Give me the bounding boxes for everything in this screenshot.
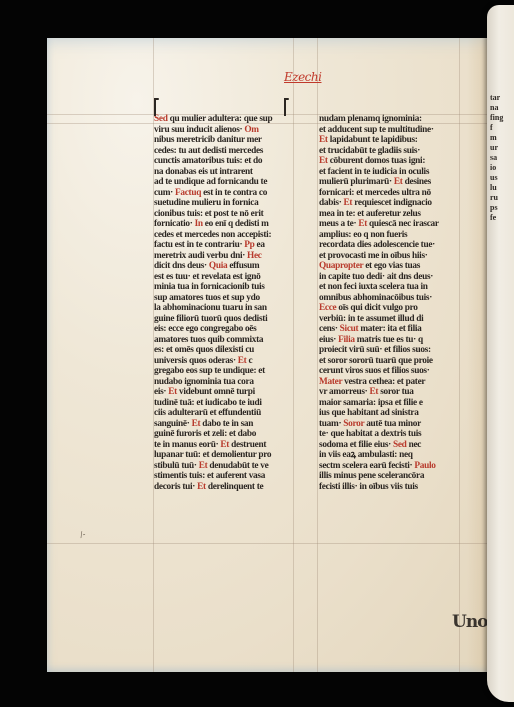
text-line: guinē furoris et zeli: et dabo — [154, 429, 292, 440]
text-line: stibulū tuū· Et denudabūt te ve — [154, 461, 292, 472]
text-line: et trucidabūt te gladiis suis· — [319, 146, 457, 157]
text-line: universis quos oderas· Et c — [154, 356, 292, 367]
text-fragment: lu — [490, 183, 514, 193]
text-line: et soror sororū tuarū que proie — [319, 356, 457, 367]
text-line: ius que habitant ad sinistra — [319, 408, 457, 419]
text-fragment: fing — [490, 113, 514, 123]
text-fragment: m — [490, 133, 514, 143]
text-line: vr amorreus· Et soror tua — [319, 387, 457, 398]
text-line: gregabo eos sup te undique: et — [154, 366, 292, 377]
text-line: cedes: tu aut dedisti mercedes — [154, 146, 292, 157]
text-line: et non feci iuxta scelera tua in — [319, 282, 457, 293]
text-line: mulierū plurimarū· Et desines — [319, 177, 457, 188]
text-line: fornicari: et mercedes ultra nō — [319, 188, 457, 199]
ruling-line — [317, 38, 318, 672]
manuscript-leaf: Ezechi Sed qu mulier adultera: que sup v… — [47, 38, 497, 672]
text-line: maior samaria: ipsa et filie e — [319, 398, 457, 409]
text-line: sectm scelera earū fecisti· Paulo — [319, 461, 457, 472]
text-line: in capite tuo dedi· ait dns deus· — [319, 272, 457, 283]
text-line: amatores tuos quib commixta — [154, 335, 292, 346]
text-fragment: tar — [490, 93, 514, 103]
text-line: fecisti illis· in oībus viis tuis — [319, 482, 457, 493]
text-fragment: io — [490, 163, 514, 173]
text-line: sup amatores tuos et sup ydo — [154, 293, 292, 304]
text-line: tudinē tuā: et iudicabo te iudi — [154, 398, 292, 409]
text-line: eius· Filia matris tue es tu· q — [319, 335, 457, 346]
text-line: dicit dns deus· Quia effusum — [154, 261, 292, 272]
text-line: et adducent sup te multitudine· — [319, 125, 457, 136]
text-fragment: ur — [490, 143, 514, 153]
text-fragment: ru — [490, 193, 514, 203]
ruling-line — [459, 38, 460, 672]
text-line: viru suu inducit alienos· Om — [154, 125, 292, 136]
text-line: Quapropter et ego vias tuas — [319, 261, 457, 272]
text-line: sanguinē· Et dabo te in san — [154, 419, 292, 430]
text-line: in viis eaꝝ ambulasti: neq — [319, 450, 457, 461]
text-line: stimentis tuis: et auferent vasa — [154, 471, 292, 482]
text-line: cum· Factuq est in te contra co — [154, 188, 292, 199]
text-line: mea in te: et auferetur zelus — [319, 209, 457, 220]
text-line: nudabo ignominia tua cora — [154, 377, 292, 388]
text-line: Ecce oīs qui dicit vulgo pro — [319, 303, 457, 314]
text-line: suetudine mulieru in fornica — [154, 198, 292, 209]
text-line: es: et omēs quos dilexisti cu — [154, 345, 292, 356]
text-line: illis minus pene scelerancōra — [319, 471, 457, 482]
text-line: factu est in te contrariu· Pp ea — [154, 240, 292, 251]
text-line: cedes et mercedes non accepisti: — [154, 230, 292, 241]
text-line: omnibus abhominacōibus tuis· — [319, 293, 457, 304]
text-line: et facient in te iudicia in oculis — [319, 167, 457, 178]
text-line: recordata dies adolescencie tue· — [319, 240, 457, 251]
text-line: dabis· Et requiescet indignacio — [319, 198, 457, 209]
text-fragment: ps — [490, 203, 514, 213]
text-line: amplius: eo q non fueris — [319, 230, 457, 241]
text-line: Mater vestra cethea: et pater — [319, 377, 457, 388]
text-line: est es tuu· et revelata est ignō — [154, 272, 292, 283]
text-line: sodoma et filie eius· Sed nec — [319, 440, 457, 451]
text-line: eis: ecce ego congregabo oēs — [154, 324, 292, 335]
ascender-stroke — [154, 98, 156, 116]
text-line: verbiū: in te assumet illud di — [319, 314, 457, 325]
text-line: meus a te· Et quiescā nec irascar — [319, 219, 457, 230]
text-line: la abhominacionu tuaru in san — [154, 303, 292, 314]
text-line: proiecit virū suū· et filios suos: — [319, 345, 457, 356]
text-line: cens· Sicut mater: ita et filia — [319, 324, 457, 335]
text-line: guine filiorū tuorū quos dedisti — [154, 314, 292, 325]
text-line: nudam plenamq ignominia: — [319, 114, 457, 125]
text-line: ad te undique ad fornicandu te — [154, 177, 292, 188]
text-line: meretrix audi verbu dni· Hec — [154, 251, 292, 262]
text-fragment: us — [490, 173, 514, 183]
text-fragment: f — [490, 123, 514, 133]
text-fragment: fe — [490, 213, 514, 223]
text-fragment: na — [490, 103, 514, 113]
text-line: minia tua in fornicacionib tuis — [154, 282, 292, 293]
ascender-stroke — [284, 98, 286, 116]
text-column-right: nudam plenamq ignominia: et adducent sup… — [319, 114, 457, 492]
text-line: Et cōburent domos tuas igni: — [319, 156, 457, 167]
text-line: decoris tui· Et derelinquent te — [154, 482, 292, 493]
next-leaf-curl: tar na fing f m ur sa io us lu ru ps fe — [487, 5, 514, 702]
running-head: Ezechi — [284, 70, 321, 84]
text-line: na donabas eis ut intrarent — [154, 167, 292, 178]
text-line: te· que habitat a dextris tuis — [319, 429, 457, 440]
text-column-left: Sed qu mulier adultera: que sup viru suu… — [154, 114, 292, 492]
ruling-line — [293, 38, 294, 672]
text-line: fornicatio· In eo enī q dedisti m — [154, 219, 292, 230]
next-leaf-text: tar na fing f m ur sa io us lu ru ps fe — [490, 93, 514, 545]
text-line: ciis adulterarū et effundentiū — [154, 408, 292, 419]
text-line: nibus meretricib danitur mer — [154, 135, 292, 146]
text-line: cunctis amatoribus tuis: et do — [154, 156, 292, 167]
text-line: et provocasti me in oībus hiis· — [319, 251, 457, 262]
ruling-line — [47, 543, 497, 544]
text-line: te in manus eorū· Et destruent — [154, 440, 292, 451]
text-line: cionibus tuis: et post te nō erit — [154, 209, 292, 220]
text-line: Et lapidabunt te lapidibus: — [319, 135, 457, 146]
text-line: Sed qu mulier adultera: que sup — [154, 114, 292, 125]
margin-mark: /- — [79, 530, 86, 540]
text-line: lupanar tuū: et demolientur pro — [154, 450, 292, 461]
text-fragment: sa — [490, 153, 514, 163]
text-line: tuam· Soror autē tua minor — [319, 419, 457, 430]
text-line: eis· Et videbunt omnē turpi — [154, 387, 292, 398]
text-line: cerunt viros suos et filios suos· — [319, 366, 457, 377]
